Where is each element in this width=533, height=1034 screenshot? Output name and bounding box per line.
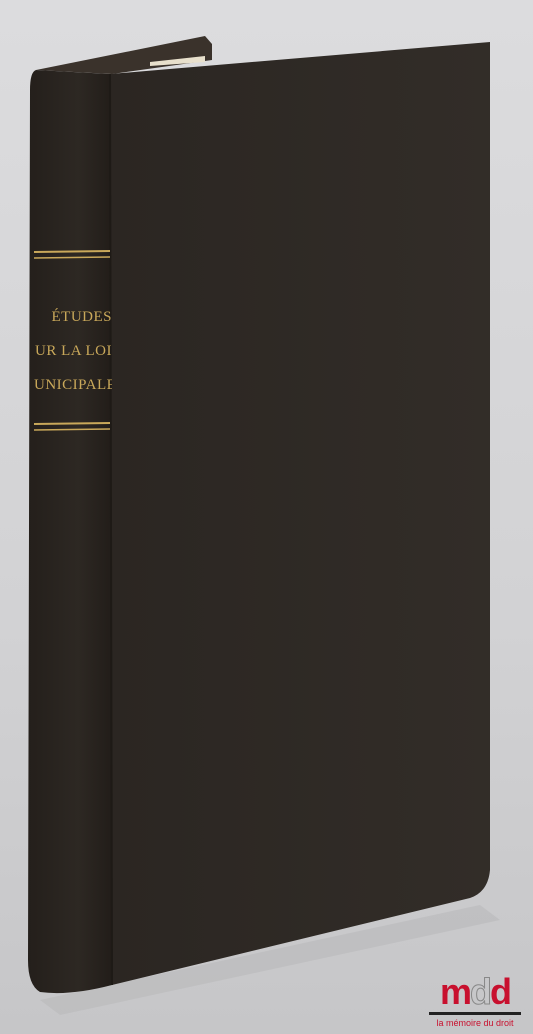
gilt-rule-top (34, 251, 110, 252)
logo-tagline: la mémoire du droit (425, 1018, 525, 1028)
book-spine (28, 70, 112, 993)
product-photo: ÉTUDES UR LA LOI UNICIPALE mdd la mémoir… (0, 0, 533, 1034)
logo-mark: mdd (425, 974, 525, 1010)
mdd-logo: mdd la mémoire du droit (425, 974, 525, 1028)
spine-title-line: ÉTUDES (34, 300, 112, 334)
spine-title-line: UR LA LOI (34, 334, 112, 368)
spine-title-line: UNICIPALE (34, 368, 112, 402)
gilt-rule-bottom (34, 423, 110, 424)
front-cover (110, 42, 490, 985)
spine-title: ÉTUDES UR LA LOI UNICIPALE (34, 300, 112, 402)
book-illustration (0, 0, 533, 1034)
logo-divider (429, 1012, 521, 1015)
